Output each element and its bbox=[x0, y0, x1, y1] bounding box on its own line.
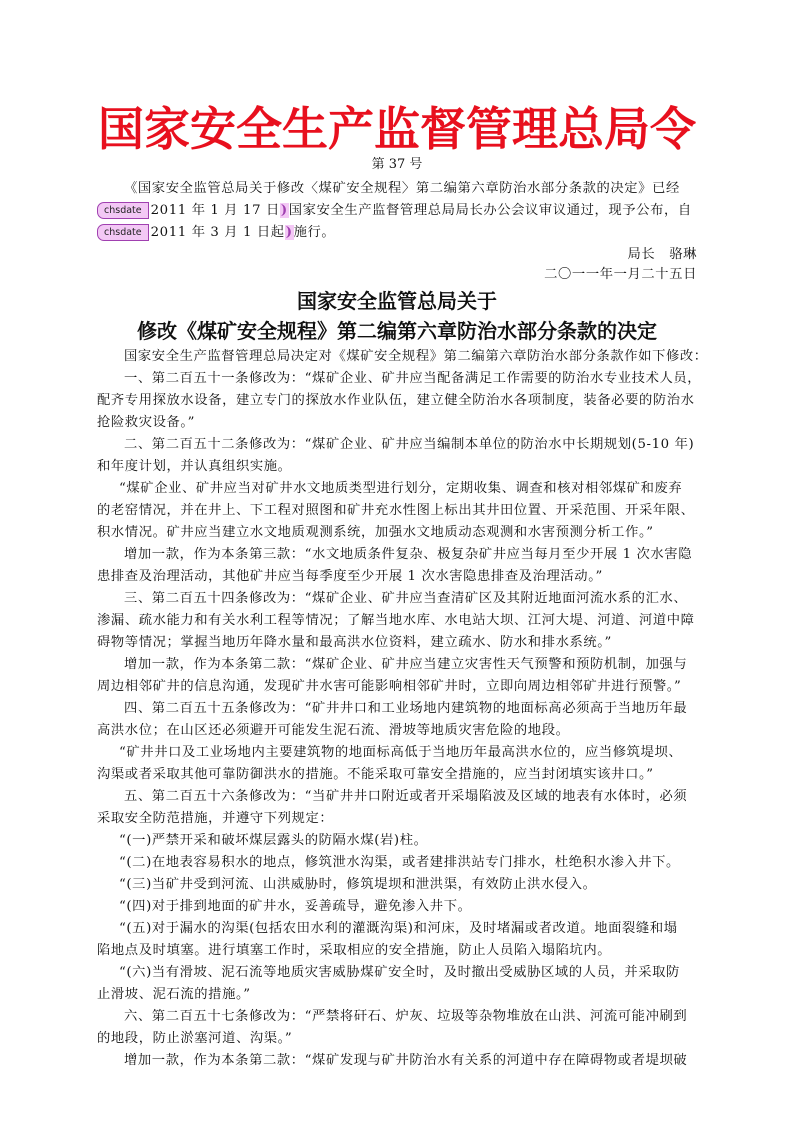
decision-heading-2: 修改《煤矿安全规程》第二编第六章防治水部分条款的决定 bbox=[97, 316, 697, 346]
body-line: 五、第二百五十六条修改为：“当矿井井口附近或者开采塌陷波及区域的地表有水体时，必… bbox=[97, 786, 724, 808]
intro-text: 国家安全生产监督管理总局局长办公会议审议通过，现予公布，自 bbox=[289, 203, 692, 218]
body-line: “(六)当有滑坡、泥石流等地质灾害威胁煤矿安全时，及时撤出受威胁区域的人员，并采… bbox=[97, 962, 719, 984]
body-line: 周边相邻矿井的信息沟通，发现矿井水害可能影响相邻矿井时，立即向周边相邻矿井进行预… bbox=[97, 676, 697, 698]
body-line: 积水情况。矿井应当建立水文地质观测系统，加强水文地质动态观测和水害预测分析工作。… bbox=[97, 522, 697, 544]
body-line: 国家安全生产监督管理总局决定对《煤矿安全规程》第二编第六章防治水部分条款作如下修… bbox=[97, 346, 724, 368]
chsdate-tag[interactable]: chsdate bbox=[97, 224, 149, 241]
signature: 局长 骆琳 bbox=[97, 244, 697, 266]
body-line: “(一)严禁开采和破坏煤层露头的防隔水煤(岩)柱。 bbox=[97, 830, 719, 852]
body-line: 增加一款，作为本条第三款：“水文地质条件复杂、极复杂矿井应当每月至少开展 1 次… bbox=[97, 544, 724, 566]
tag-close-bracket: ) bbox=[280, 203, 289, 218]
body-line: 沟渠或者采取其他可靠防御洪水的措施。不能采取可靠安全措施的，应当封闭填实该井口。… bbox=[97, 764, 697, 786]
date-value: 2011 年 1 月 17 日 bbox=[151, 203, 280, 218]
decree-title: 国家安全生产监督管理总局令 bbox=[97, 103, 697, 155]
body-line: “矿井井口及工业场地内主要建筑物的地面标高低于当地历年最高洪水位的，应当修筑堤坝… bbox=[97, 742, 719, 764]
body-line: 二、第二百五十二条修改为：“煤矿企业、矿井应当编制本单位的防治水中长期规划(5-… bbox=[97, 434, 724, 456]
intro-line-1: 《国家安全监管总局关于修改〈煤矿安全规程〉第二编第六章防治水部分条款的决定》已经 bbox=[97, 178, 724, 200]
chsdate-tag[interactable]: chsdate bbox=[97, 202, 149, 219]
body-line: “(四)对于排到地面的矿井水，妥善疏导，避免渗入井下。 bbox=[97, 896, 719, 918]
tag-close-bracket: ) bbox=[285, 225, 294, 240]
body-line: 四、第二百五十五条修改为：“矿井井口和工业场地内建筑物的地面标高必须高于当地历年… bbox=[97, 698, 724, 720]
intro-text: 施行。 bbox=[294, 225, 336, 240]
body-line: “煤矿企业、矿井应当对矿井水文地质类型进行划分，定期收集、调查和核对相邻煤矿和废… bbox=[97, 478, 719, 500]
body-line: 陷地点及时填塞。进行填塞工作时，采取相应的安全措施，防止人员陷入塌陷坑内。 bbox=[97, 940, 697, 962]
intro-line-3: chsdate2011 年 3 月 1 日起)施行。 bbox=[97, 222, 697, 244]
order-number: 第 37 号 bbox=[97, 156, 697, 174]
body-line: 采取安全防范措施，并遵守下列规定： bbox=[97, 808, 697, 830]
body-line: 高洪水位；在山区还必须避开可能发生泥石流、滑坡等地质灾害危险的地段。 bbox=[97, 720, 697, 742]
body-line: 止滑坡、泥石流的措施。” bbox=[97, 984, 697, 1006]
body-line: 增加一款，作为本条第二款：“煤矿发现与矿井防治水有关系的河道中存在障碍物或者堤坝… bbox=[97, 1050, 724, 1072]
intro-line-2: chsdate2011 年 1 月 17 日)国家安全生产监督管理总局局长办公会… bbox=[97, 200, 697, 222]
body-line: 三、第二百五十四条修改为：“煤矿企业、矿井应当查清矿区及其附近地面河流水系的汇水… bbox=[97, 588, 724, 610]
body-line: 和年度计划，并认真组织实施。 bbox=[97, 456, 697, 478]
body-line: “(二)在地表容易积水的地点，修筑泄水沟渠，或者建排洪站专门排水，杜绝积水渗入井… bbox=[97, 852, 719, 874]
body-line: 一、第二百五十一条修改为：“煤矿企业、矿井应当配备满足工作需要的防治水专业技术人… bbox=[97, 368, 724, 390]
body-line: 六、第二百五十七条修改为：“严禁将矸石、炉灰、垃圾等杂物堆放在山洪、河流可能冲刷… bbox=[97, 1006, 724, 1028]
date-value: 2011 年 3 月 1 日起 bbox=[151, 225, 285, 240]
body-line: 抢险救灾设备。” bbox=[97, 412, 697, 434]
body-line: 配齐专用探放水设备，建立专门的探放水作业队伍，建立健全防治水各项制度，装备必要的… bbox=[97, 390, 697, 412]
body-line: “(三)当矿井受到河流、山洪威胁时，修筑堤坝和泄洪渠，有效防止洪水侵入。 bbox=[97, 874, 719, 896]
body-line: 增加一款，作为本条第二款：“煤矿企业、矿井应当建立灾害性天气预警和预防机制，加强… bbox=[97, 654, 724, 676]
decision-heading-1: 国家安全监管总局关于 bbox=[97, 286, 697, 316]
signature-date: 二〇一一年一月二十五日 bbox=[97, 264, 697, 286]
body-line: “(五)对于漏水的沟渠(包括农田水利的灌溉沟渠)和河床，及时堵漏或者改道。地面裂… bbox=[97, 918, 719, 940]
intro-text: 《国家安全监管总局关于修改〈煤矿安全规程〉第二编第六章防治水部分条款的决定》已经 bbox=[124, 181, 680, 196]
body-line: 碍物等情况；掌握当地历年降水量和最高洪水位资料，建立疏水、防水和排水系统。” bbox=[97, 632, 697, 654]
body-line: 患排查及治理活动，其他矿井应当每季度至少开展 1 次水害隐患排查及治理活动。” bbox=[97, 566, 697, 588]
body-line: 的地段，防止淤塞河道、沟渠。” bbox=[97, 1028, 697, 1050]
body-line: 渗漏、疏水能力和有关水利工程等情况；了解当地水库、水电站大坝、江河大堤、河道、河… bbox=[97, 610, 697, 632]
body-line: 的老窑情况，并在井上、下工程对照图和矿井充水性图上标出其井田位置、开采范围、开采… bbox=[97, 500, 697, 522]
